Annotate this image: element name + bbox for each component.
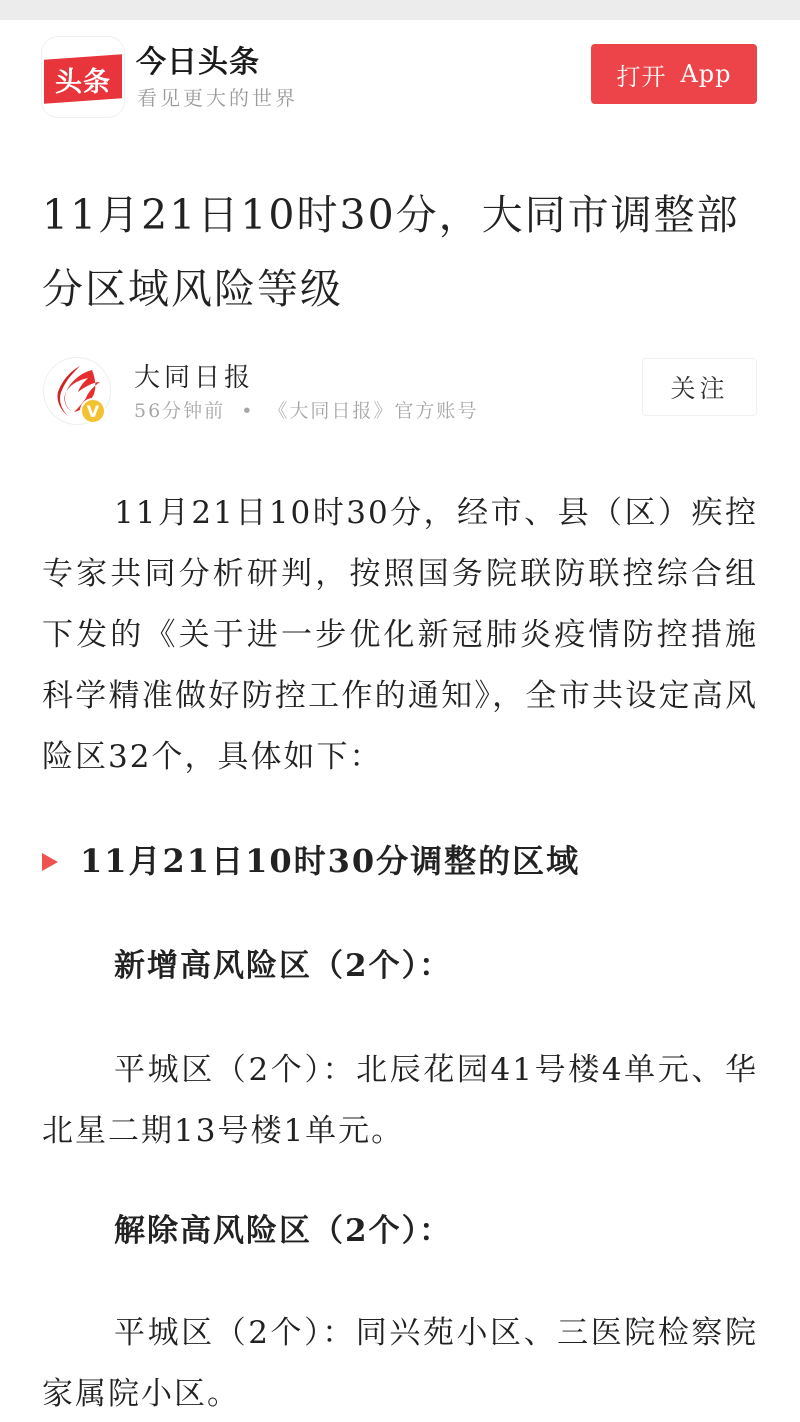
account-description: 《大同日报》官方账号 bbox=[268, 400, 478, 422]
follow-button[interactable]: 关注 bbox=[642, 358, 757, 416]
author-name[interactable]: 大同日报 bbox=[134, 357, 254, 394]
open-app-suffix: App bbox=[680, 60, 731, 88]
open-app-button[interactable]: 打开 App bbox=[591, 44, 757, 104]
app-slogan: 看见更大的世界 bbox=[137, 82, 298, 111]
section-heading-text: 11月21日10时30分调整的区域 bbox=[80, 833, 580, 889]
triangle-bullet-icon bbox=[42, 853, 58, 871]
app-name: 今日头条 bbox=[136, 37, 260, 81]
author-avatar[interactable]: V bbox=[44, 358, 110, 424]
removed-areas-heading: 解除高风险区（2个）： bbox=[114, 1203, 754, 1259]
added-areas-paragraph: 平城区（2个）：北辰花园41号楼4单元、华北星二期13号楼1单元。 bbox=[42, 1040, 758, 1162]
added-areas-heading: 新增高风险区（2个）： bbox=[114, 938, 754, 994]
logo-text: 头条 bbox=[55, 60, 111, 99]
toutiao-logo-icon[interactable]: 头条 bbox=[42, 37, 124, 117]
removed-areas-paragraph: 平城区（2个）：同兴苑小区、三医院检察院家属院小区。 bbox=[42, 1303, 758, 1422]
author-meta: 56分钟前•《大同日报》官方账号 bbox=[134, 396, 478, 423]
intro-paragraph: 11月21日10时30分，经市、县（区）疾控专家共同分析研判，按照国务院联防联控… bbox=[42, 483, 758, 788]
section-heading: 11月21日10时30分调整的区域 bbox=[42, 833, 758, 889]
article-title: 11月21日10时30分，大同市调整部分区域风险等级 bbox=[42, 178, 742, 326]
open-app-label: 打开 bbox=[616, 57, 666, 92]
publish-time: 56分钟前 bbox=[134, 400, 225, 422]
status-strip bbox=[0, 0, 800, 20]
app-header: 头条 今日头条 看见更大的世界 打开 App bbox=[0, 20, 800, 130]
author-row: V 大同日报 56分钟前•《大同日报》官方账号 关注 bbox=[0, 355, 800, 425]
meta-separator: • bbox=[241, 400, 254, 422]
verified-badge-icon: V bbox=[80, 398, 106, 424]
